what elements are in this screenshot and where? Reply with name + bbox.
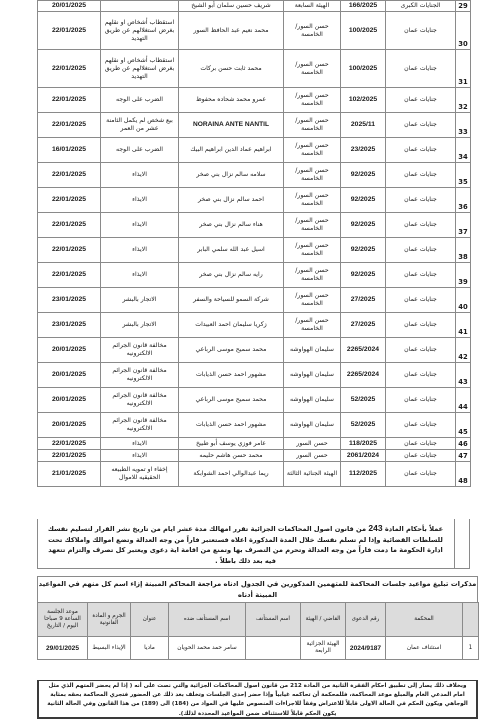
session-date: 22/01/2025 xyxy=(38,213,101,238)
row-num: 47 xyxy=(456,450,471,462)
panel: حسن السور/ الخامسة xyxy=(284,313,341,338)
defendant-name: رايه سالم نزال بني صخر xyxy=(179,263,284,288)
row-num: 32 xyxy=(456,88,471,113)
table-row: 29الجنايات الكبرى166/2025الهيئة السابعةش… xyxy=(38,1,471,12)
panel: حسن السور/ الخامسة xyxy=(284,288,341,313)
court: جنايات عمان xyxy=(386,263,456,288)
notice-243-text: عملاً بأحكام المادة 243 من قانون اصول ال… xyxy=(42,523,449,566)
row-num: 30 xyxy=(456,12,471,50)
notice-side-cell xyxy=(454,519,469,568)
charge: الايذاء xyxy=(101,213,179,238)
table-row: 37جنايات عمان92/2025حسن السور/ الخامسةهن… xyxy=(38,213,471,238)
panel: حسن السور/ الخامسة xyxy=(284,50,341,88)
case-number: 27/2025 xyxy=(341,288,386,313)
case-number: 92/2025 xyxy=(341,238,386,263)
case-number: 118/2025 xyxy=(341,438,386,450)
panel: حسن السور xyxy=(284,438,341,450)
court: جنايات عمان xyxy=(386,213,456,238)
session-date: 22/01/2025 xyxy=(38,188,101,213)
table-row: 47جنايات عمان2061/2024حسن السورمحمد حسن … xyxy=(38,450,471,462)
defendant-name: زكريا سليمان احمد العبيدات xyxy=(179,313,284,338)
session-date: 22/01/2025 xyxy=(38,12,101,50)
table-row: 46جنايات عمان118/2025حسن السورعامر فوزي … xyxy=(38,438,471,450)
row-num: 39 xyxy=(456,263,471,288)
defendant-name: شريف حسين سلمان أبو الشيخ xyxy=(179,1,284,12)
crime: الإيذاء البسيط xyxy=(88,637,131,660)
col-case-number: رقم الدعوى xyxy=(346,603,386,637)
table-row: 43جنايات عمان2265/2024سليمان الهواوشهمشه… xyxy=(38,363,471,388)
court: جنايات عمان xyxy=(386,113,456,138)
session-date: 22/01/2025 xyxy=(38,113,101,138)
row-num: 42 xyxy=(456,338,471,363)
court: جنايات عمان xyxy=(386,138,456,163)
panel: حسن السور/ الخامسة xyxy=(284,263,341,288)
row-num: 43 xyxy=(456,363,471,388)
panel: حسن السور/ الخامسة xyxy=(284,163,341,188)
court: جنايات عمان xyxy=(386,88,456,113)
defendant-name: NORAINA ANTE NANTIL xyxy=(179,113,284,138)
case-number: 100/2025 xyxy=(341,12,386,50)
case-number: 166/2025 xyxy=(341,1,386,12)
panel: حسن السور xyxy=(284,450,341,462)
case-number: 2061/2024 xyxy=(341,450,386,462)
charge: الضرب على الوجه xyxy=(101,138,179,163)
defendant-name: محمد سميح موسى الرباعي xyxy=(179,388,284,413)
defendant-name: هناء سالم نزال بني صخر xyxy=(179,213,284,238)
charge: استقطاب أشخاص او نقلهم بغرض استغلالهم عن… xyxy=(101,12,179,50)
session-date: 29/01/2025 xyxy=(38,637,88,660)
article-212-notice: وبخلاف ذلك يصار إلى تطبيق احكام الفقرة ا… xyxy=(37,680,478,719)
table-row: 32جنايات عمان102/2025حسن السور/ الخامسةع… xyxy=(38,88,471,113)
session-date: 22/01/2025 xyxy=(38,438,101,450)
defendant-name: احمد سالم نزال بني صخر xyxy=(179,188,284,213)
table-row: 39جنايات عمان92/2025حسن السور/ الخامسةرا… xyxy=(38,263,471,288)
row-num: 1 xyxy=(463,637,479,660)
defendant-name: ريما عبدالوالي احمد الشوابكة xyxy=(179,462,284,487)
appellant xyxy=(246,637,301,660)
table-row: 31جنايات عمان100/2025حسن السور/ الخامسةم… xyxy=(38,50,471,88)
defendants-table: 29الجنايات الكبرى166/2025الهيئة السابعةش… xyxy=(37,0,471,487)
defendant-name: مشهور احمد حسن الذيابات xyxy=(179,413,284,438)
col-appellant: اسم المستأنف xyxy=(246,603,301,637)
session-date: 23/01/2025 xyxy=(38,288,101,313)
row-num: 44 xyxy=(456,388,471,413)
case-number: 92/2025 xyxy=(341,188,386,213)
row-num: 38 xyxy=(456,238,471,263)
defendant-name: محمد نعيم عبد الحافظ السور xyxy=(179,12,284,50)
panel: حسن السور/ الخامسة xyxy=(284,188,341,213)
charge: استقطاب أشخاص او نقلهم بغرض استغلالهم عن… xyxy=(101,50,179,88)
row-num: 29 xyxy=(456,1,471,12)
case-number: 2024/9187 xyxy=(346,637,386,660)
charge: الاتجار بالبشر xyxy=(101,288,179,313)
session-date: 20/01/2025 xyxy=(38,388,101,413)
row-num: 37 xyxy=(456,213,471,238)
row-num: 41 xyxy=(456,313,471,338)
panel: حسن السور/ الخامسة xyxy=(284,88,341,113)
session-date: 22/01/2025 xyxy=(38,163,101,188)
court: الجنايات الكبرى xyxy=(386,1,456,12)
case-number: 112/2025 xyxy=(341,462,386,487)
panel: حسن السور/ الخامسة xyxy=(284,238,341,263)
col-respondent: اسم المستأنف ضده xyxy=(169,603,246,637)
table-row: 1 استئناف عمان 2024/9187 الهيئة الجزائية… xyxy=(38,637,479,660)
row-num: 45 xyxy=(456,413,471,438)
address: ماديا xyxy=(131,637,169,660)
court: جنايات عمان xyxy=(386,288,456,313)
case-number: 92/2025 xyxy=(341,263,386,288)
respondent: سامر حمد محمد الحويان xyxy=(169,637,246,660)
court: جنايات عمان xyxy=(386,12,456,50)
session-date: 22/01/2025 xyxy=(38,450,101,462)
charge: الايذاء xyxy=(101,188,179,213)
table-row: 45جنايات عمان52/2025سليمان الهواوشهمشهور… xyxy=(38,413,471,438)
charge: مخالفة قانون الجرائم الالكترونيه xyxy=(101,413,179,438)
table-row: 42جنايات عمان2265/2024سليمان الهواوشهمحم… xyxy=(38,338,471,363)
court: جنايات عمان xyxy=(386,450,456,462)
case-number: 23/2025 xyxy=(341,138,386,163)
table-row: 44جنايات عمان52/2025سليمان الهواوشهمحمد … xyxy=(38,388,471,413)
col-address: عنوان xyxy=(131,603,169,637)
judge: الهيئة الجزائية الرابعة xyxy=(301,637,346,660)
charge: الايذاء xyxy=(101,438,179,450)
panel: سليمان الهواوشه xyxy=(284,338,341,363)
table-row: 30جنايات عمان100/2025حسن السور/ الخامسةم… xyxy=(38,12,471,50)
court: جنايات عمان xyxy=(386,338,456,363)
defendant-name: عمرو محمد شحاده محفوظ xyxy=(179,88,284,113)
session-date: 22/01/2025 xyxy=(38,50,101,88)
defendant-name: ابراهيم عماد الدين ابراهيم البيك xyxy=(179,138,284,163)
defendant-name: محمد سميح موسى الرباعي xyxy=(179,338,284,363)
session-date: 20/01/2025 xyxy=(38,363,101,388)
court: جنايات عمان xyxy=(386,163,456,188)
case-number: 102/2025 xyxy=(341,88,386,113)
defendant-name: محمد ثابت حسن بركات xyxy=(179,50,284,88)
court: جنايات عمان xyxy=(386,50,456,88)
charge: بيع شخص لم يكمل الثامنة عشر من العمر xyxy=(101,113,179,138)
row-num: 31 xyxy=(456,50,471,88)
session-date: 20/01/2025 xyxy=(38,338,101,363)
defendant-name: محمد حسن هاشم حليمه xyxy=(179,450,284,462)
col-num xyxy=(463,603,479,637)
court: جنايات عمان xyxy=(386,313,456,338)
row-num: 36 xyxy=(456,188,471,213)
charge: الاتجار بالبشر xyxy=(101,313,179,338)
col-judge: القاضي / الهيئة xyxy=(301,603,346,637)
court: جنايات عمان xyxy=(386,438,456,450)
panel: سليمان الهواوشه xyxy=(284,388,341,413)
session-notice-heading: مذكرات تبليغ مواعيد جلسات المحاكمة للمته… xyxy=(37,576,478,602)
table-row: 40جنايات عمان27/2025حسن السور/ الخامسةشر… xyxy=(38,288,471,313)
table-row: 33جنايات عمان2025/11حسن السور/ الخامسةNO… xyxy=(38,113,471,138)
session-date: 22/01/2025 xyxy=(38,88,101,113)
defendant-name: سلامه سالم نزال بني صخر xyxy=(179,163,284,188)
row-num: 46 xyxy=(456,438,471,450)
case-number: 2025/11 xyxy=(341,113,386,138)
defendant-name: شركة السمو للسياحة والسفر xyxy=(179,288,284,313)
case-number: 92/2025 xyxy=(341,213,386,238)
court: جنايات عمان xyxy=(386,413,456,438)
row-num: 48 xyxy=(456,462,471,487)
col-court: المحكمة xyxy=(386,603,463,637)
panel: سليمان الهواوشه xyxy=(284,413,341,438)
table-row: 38جنايات عمان92/2025حسن السور/ الخامسةاس… xyxy=(38,238,471,263)
newspaper-notice-page: 29الجنايات الكبرى166/2025الهيئة السابعةش… xyxy=(0,0,480,721)
session-date: 23/01/2025 xyxy=(38,313,101,338)
session-date: 22/01/2025 xyxy=(38,238,101,263)
defendant-name: مشهور احمد حسن الذيابات xyxy=(179,363,284,388)
case-number: 2265/2024 xyxy=(341,338,386,363)
panel: حسن السور/ الخامسة xyxy=(284,12,341,50)
session-date: 16/01/2025 xyxy=(38,138,101,163)
charge: مخالفة قانون الجرائم الالكترونيه xyxy=(101,363,179,388)
session-date: 20/01/2025 xyxy=(38,413,101,438)
session-date: 20/01/2025 xyxy=(38,1,101,12)
charge: الايذاء xyxy=(101,238,179,263)
defendant-name: اسيل عبد الله سلمي البابر xyxy=(179,238,284,263)
court: جنايات عمان xyxy=(386,462,456,487)
court: جنايات عمان xyxy=(386,238,456,263)
table-row: 41جنايات عمان27/2025حسن السور/ الخامسةزك… xyxy=(38,313,471,338)
panel: حسن السور/ الخامسة xyxy=(284,213,341,238)
table-row: 35جنايات عمان92/2025حسن السور/ الخامسةسل… xyxy=(38,163,471,188)
defendant-name: عامر فوزي يوسف أبو طبيخ xyxy=(179,438,284,450)
case-number: 92/2025 xyxy=(341,163,386,188)
panel: الهيئة السابعة xyxy=(284,1,341,12)
case-number: 2265/2024 xyxy=(341,363,386,388)
charge: الايذاء xyxy=(101,263,179,288)
session-date: 21/01/2025 xyxy=(38,462,101,487)
charge: الايذاء xyxy=(101,450,179,462)
court: جنايات عمان xyxy=(386,388,456,413)
panel: حسن السور/ الخامسة xyxy=(284,113,341,138)
charge: مخالفة قانون الجرائم الالكترونيه xyxy=(101,388,179,413)
header-row: المحكمة رقم الدعوى القاضي / الهيئة اسم ا… xyxy=(38,603,479,637)
charge: الضرب على الوجه xyxy=(101,88,179,113)
court: جنايات عمان xyxy=(386,188,456,213)
col-session-date: موعد الجلسة الساعة 9 صباحا اليوم / التار… xyxy=(38,603,88,637)
panel: سليمان الهواوشه xyxy=(284,363,341,388)
table-row: 34جنايات عمان23/2025حسن السور/ الخامسةاب… xyxy=(38,138,471,163)
court: جنايات عمان xyxy=(386,363,456,388)
session-date: 22/01/2025 xyxy=(38,263,101,288)
panel: الهيئة الجنائية الثالثة xyxy=(284,462,341,487)
case-number: 100/2025 xyxy=(341,50,386,88)
row-num: 35 xyxy=(456,163,471,188)
panel: حسن السور/ الخامسة xyxy=(284,138,341,163)
charge xyxy=(101,1,179,12)
charge: إخفاء او تمويه الطبيعه الحقيقيه للاموال xyxy=(101,462,179,487)
row-num: 40 xyxy=(456,288,471,313)
row-num: 34 xyxy=(456,138,471,163)
charge: مخالفة قانون الجرائم الالكترونيه xyxy=(101,338,179,363)
row-num: 33 xyxy=(456,113,471,138)
court: استئناف عمان xyxy=(386,637,463,660)
appeal-sessions-table: المحكمة رقم الدعوى القاضي / الهيئة اسم ا… xyxy=(37,602,479,660)
case-number: 27/2025 xyxy=(341,313,386,338)
table-row: 36جنايات عمان92/2025حسن السور/ الخامسةاح… xyxy=(38,188,471,213)
charge: الايذاء xyxy=(101,163,179,188)
absconding-notice-243: عملاً بأحكام المادة 243 من قانون اصول ال… xyxy=(37,519,470,569)
table-row: 48جنايات عمان112/2025الهيئة الجنائية الث… xyxy=(38,462,471,487)
col-crime: الجرم و المادة القانونية xyxy=(88,603,131,637)
case-number: 52/2025 xyxy=(341,413,386,438)
case-number: 52/2025 xyxy=(341,388,386,413)
